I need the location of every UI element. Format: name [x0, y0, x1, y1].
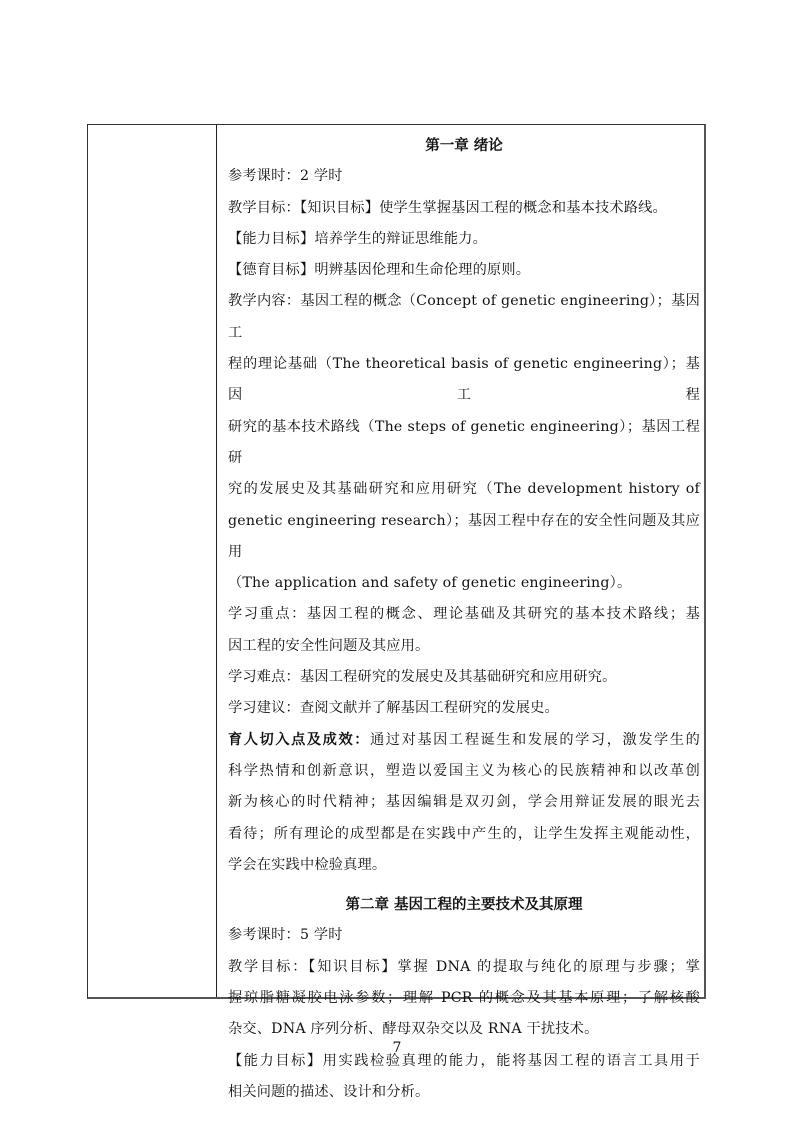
chapter-2-hours: 参考课时：5 学时 — [228, 920, 700, 951]
chapter-2-knowledge-goal-line: 教学目标：【知识目标】掌握 DNA 的提取与纯化的原理与步骤；掌 — [228, 952, 700, 983]
chapter-1-education-line: 科学热情和创新意识，塑造以爱国主义为核心的民族精神和以改革创 — [228, 756, 700, 787]
table-left-column — [88, 125, 217, 997]
chapter-1-education-line: 育人切入点及成效：通过对基因工程诞生和发展的学习，激发学生的 — [228, 725, 700, 756]
chapter-1-content-line: genetic engineering research）；基因工程中存在的安全… — [228, 506, 700, 569]
table-content-column: 第一章 绪论 参考课时：2 学时 教学目标：【知识目标】使学生掌握基因工程的概念… — [218, 125, 704, 997]
education-label: 育人切入点及成效： — [228, 732, 370, 748]
chapter-1-ability-goal: 【能力目标】培养学生的辩证思维能力。 — [228, 224, 700, 255]
chapter-1-content-line: 究的发展史及其基础研究和应用研究（The development history… — [228, 474, 700, 505]
document-page: 第一章 绪论 参考课时：2 学时 教学目标：【知识目标】使学生掌握基因工程的概念… — [0, 0, 794, 1123]
chapter-1-content-line: 教学内容：基因工程的概念（Concept of genetic engineer… — [228, 286, 700, 349]
chapter-1-key-points: 学习重点：基因工程的概念、理论基础及其研究的基本技术路线；基 — [228, 599, 700, 630]
chapter-2-knowledge-goal-line: 握琼脂糖凝胶电泳参数；理解 PCR 的概念及其基本原理；了解核酸 — [228, 983, 700, 1014]
page-number: 7 — [0, 1040, 794, 1056]
chapter-1-education-line: 学会在实践中检验真理。 — [228, 850, 700, 881]
chapter-1-education-line: 新为核心的时代精神；基因编辑是双刃剑，学会用辩证发展的眼光去 — [228, 787, 700, 818]
chapter-1-education-line: 看待；所有理论的成型都是在实践中产生的，让学生发挥主观能动性， — [228, 819, 700, 850]
syllabus-table: 第一章 绪论 参考课时：2 学时 教学目标：【知识目标】使学生掌握基因工程的概念… — [87, 124, 706, 999]
chapter-1-moral-goal: 【德育目标】明辨基因伦理和生命伦理的原则。 — [228, 255, 700, 286]
chapter-1-difficulties: 学习难点：基因工程研究的发展史及其基础研究和应用研究。 — [228, 662, 700, 693]
chapter-1-knowledge-goal: 教学目标：【知识目标】使学生掌握基因工程的概念和基本技术路线。 — [228, 193, 700, 224]
chapter-1-content-line: 研究的基本技术路线（The steps of genetic engineeri… — [228, 412, 700, 475]
chapter-2-ability-goal-line: 相关问题的描述、设计和分析。 — [228, 1077, 700, 1108]
chapter-1-title: 第一章 绪论 — [228, 130, 700, 161]
chapter-1-key-points: 因工程的安全性问题及其应用。 — [228, 631, 700, 662]
chapter-1-content-line: 程的理论基础（The theoretical basis of genetic … — [228, 349, 700, 412]
chapter-2-title: 第二章 基因工程的主要技术及其原理 — [228, 889, 700, 920]
chapter-1-hours: 参考课时：2 学时 — [228, 161, 700, 192]
chapter-1-content-line: （The application and safety of genetic e… — [228, 568, 700, 599]
chapter-1-suggestion: 学习建议：查阅文献并了解基因工程研究的发展史。 — [228, 693, 700, 724]
